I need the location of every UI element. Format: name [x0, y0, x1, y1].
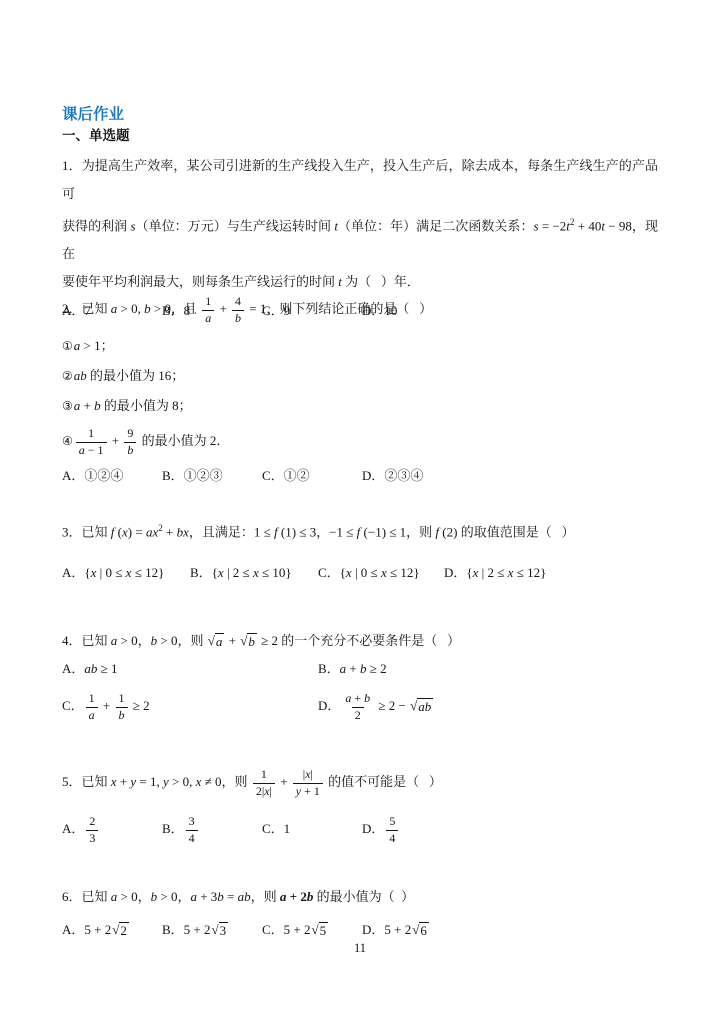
problem-2-options: A．①②④ B．①②③ C．①② D．②③④ — [62, 461, 658, 491]
problem-5-option-b: B．34 — [162, 808, 262, 850]
problem-5-options: A．23 B．34 C．1 D．54 — [62, 808, 658, 850]
page-title: 课后作业 — [62, 102, 124, 124]
problem-4-stem: 4．已知 a > 0，b > 0，则 √a + √b ≥ 2 的一个充分不必要条… — [62, 627, 658, 655]
problem-2-stem: 2．已知 a > 0, b > 0，且 1a + 4b = 1，则下列结论正确的… — [62, 287, 658, 331]
problem-2-statement-4: ④1a − 1 + 9b 的最小值为 2． — [62, 421, 658, 461]
problem-4-option-c: C．1a + 1b ≥ 2 — [62, 683, 318, 729]
problem-4-option-b: B．a + b ≥ 2 — [318, 655, 658, 683]
problem-5-option-a: A．23 — [62, 808, 162, 850]
problem-1-stem-line-1: 1．为提高生产效率，某公司引进新的生产线投入生产，投入生产后，除去成本，每条生产… — [62, 152, 658, 208]
problem-4-options-row-2: C．1a + 1b ≥ 2 D．a + b2 ≥ 2 − √ab — [62, 683, 658, 729]
problem-2-statement-1: ①a > 1； — [62, 331, 658, 361]
page-number: 11 — [0, 941, 720, 956]
problem-3-option-d: D．{x | 2 ≤ x ≤ 12} — [444, 554, 658, 592]
problem-5-option-d: D．54 — [362, 808, 658, 850]
problem-3-stem: 3．已知 f (x) = ax2 + bx，且满足：1 ≤ f (1) ≤ 3，… — [62, 514, 658, 546]
problem-3: 3．已知 f (x) = ax2 + bx，且满足：1 ≤ f (1) ≤ 3，… — [62, 514, 658, 592]
problem-5: 5．已知 x + y = 1, y > 0, x ≠ 0，则 12|x| + |… — [62, 760, 658, 850]
problem-2-option-a: A．①②④ — [62, 461, 162, 491]
problem-5-option-c: C．1 — [262, 808, 362, 850]
problem-4-options-row-1: A．ab ≥ 1 B．a + b ≥ 2 — [62, 655, 658, 683]
problem-2: 2．已知 a > 0, b > 0，且 1a + 4b = 1，则下列结论正确的… — [62, 287, 658, 491]
problem-4-option-a: A．ab ≥ 1 — [62, 655, 318, 683]
problem-3-option-c: C．{x | 0 ≤ x ≤ 12} — [318, 554, 444, 592]
problem-2-option-b: B．①②③ — [162, 461, 262, 491]
problem-6: 6．已知 a > 0，b > 0，a + 3b = ab，则 a + 2b 的最… — [62, 883, 658, 945]
problem-3-option-b: B．{x | 2 ≤ x ≤ 10} — [190, 554, 318, 592]
problem-3-option-a: A．{x | 0 ≤ x ≤ 12} — [62, 554, 190, 592]
problem-3-options: A．{x | 0 ≤ x ≤ 12} B．{x | 2 ≤ x ≤ 10} C．… — [62, 554, 658, 592]
section-heading: 一、单选题 — [62, 124, 130, 144]
problem-6-stem: 6．已知 a > 0，b > 0，a + 3b = ab，则 a + 2b 的最… — [62, 883, 658, 911]
problem-4: 4．已知 a > 0，b > 0，则 √a + √b ≥ 2 的一个充分不必要条… — [62, 627, 658, 729]
problem-2-option-d: D．②③④ — [362, 461, 658, 491]
problem-1-stem-line-2: 获得的利润 s（单位：万元）与生产线运转时间 t（单位：年）满足二次函数关系：s… — [62, 208, 658, 268]
problem-5-stem: 5．已知 x + y = 1, y > 0, x ≠ 0，则 12|x| + |… — [62, 760, 658, 804]
problem-2-option-c: C．①② — [262, 461, 362, 491]
worksheet-page: 课后作业 一、单选题 1．为提高生产效率，某公司引进新的生产线投入生产，投入生产… — [0, 0, 720, 1018]
problem-2-statement-2: ②ab 的最小值为 16； — [62, 361, 658, 391]
problem-2-statement-3: ③a + b 的最小值为 8； — [62, 391, 658, 421]
problem-4-option-d: D．a + b2 ≥ 2 − √ab — [318, 683, 658, 729]
